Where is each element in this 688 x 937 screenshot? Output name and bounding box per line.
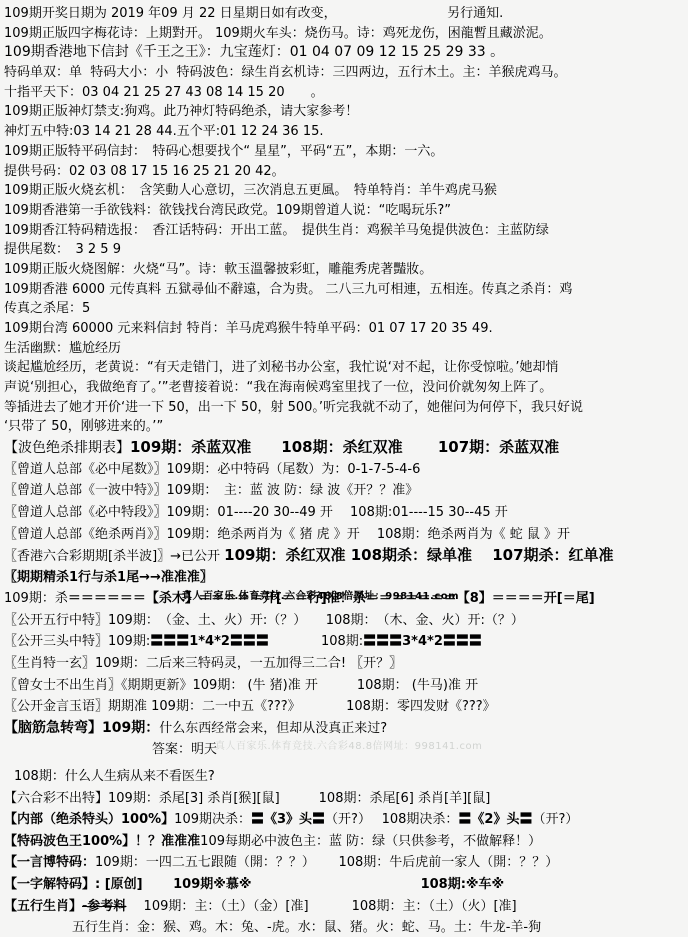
text-line-43: 【一字解特码】: [原创] 109期※慕※ 108期:※车※	[4, 874, 686, 896]
text-segment: 109期香港地下信封《千王之王》：九宝莲灯：01 04 07 09 12 15 …	[4, 44, 504, 60]
text-segment: 109期正版火烧图解：火烧“马”。诗：軟玉溫馨披彩虹，雕龍秀虎著豔妝。	[4, 262, 432, 277]
text-segment: 【特码波色王100%】！？准准准	[4, 834, 200, 849]
text-line-6: 109期正版神灯禁支:狗鸡。此乃神灯特码绝杀，请大家参考！	[4, 102, 686, 122]
text-segment: 109期：杀	[4, 591, 68, 606]
text-segment: ‘只带了 50，刚够进来的。’”	[4, 419, 163, 434]
text-segment: 〖曾道人总部《一波中特》〗109期： 主：蓝 波 防：绿 波《开？？准》	[4, 483, 418, 498]
text-line-32: 〖公开三头中特〗109期:〓〓〓1*4*2〓〓〓 108期:〓〓〓3*4*2〓〓…	[4, 631, 686, 653]
text-line-17: 109期台湾 60000 元来料信封 特肖：羊马虎鸡猴牛特单平码：01 07 1…	[4, 319, 686, 339]
text-line-10: 109期正版火烧玄机： 含笑動人心意切，三次消息五更風。 特单特肖：羊牛鸡虎马猴	[4, 181, 686, 201]
text-line-9: 提供号码：02 03 08 17 15 16 25 21 20 42。	[4, 162, 686, 182]
text-segment: 【五行生肖】	[4, 899, 82, 914]
watermark: 真人百家乐.体育竞技.六合彩48.8倍网址：998141.com	[182, 587, 459, 602]
text-line-28: 〖香港六合彩期期[杀半波]〗→已公开 109期：杀红双准 108期杀：绿单准 1…	[4, 545, 686, 567]
text-segment: 〖香港六合彩期期[杀半波]〗→已公开	[4, 549, 224, 564]
text-segment: 声说‘别担心，我做绝育了。’”老曹接着说：“我在海南候鸡室里找了一位，没问价就匆…	[4, 380, 552, 395]
text-segment: 109期：主：（土）（金）[准] 108期：主：（土）（火）[准]	[126, 899, 516, 914]
text-segment: 生活幽默：尴尬经历	[4, 341, 121, 356]
text-segment: 〓《2》头〓	[458, 812, 532, 827]
text-segment: 108期：什么人生病从来不看医生?	[14, 769, 215, 784]
text-segment: 〖曾道人总部《必中尾数》〗109期：必中特码（尾数）为：0-1-7-5-4-6	[4, 462, 420, 477]
text-segment	[252, 877, 421, 892]
text-line-40: 【内部（绝杀特头）100%】109期决杀：〓《3》头〓（开?） 108期决杀：〓…	[4, 809, 686, 831]
text-segment: （开?） 108期决杀：	[325, 812, 458, 827]
text-line-34: 〖曾女士不出生肖〗《期期更新》109期： (牛 猪)准 开 108期： (牛马)…	[4, 675, 686, 697]
text-segment: 109期正版特平码信封： 特码心想要找个“ 星星”，平码“五”，本期：一六。	[4, 144, 443, 159]
text-line-21: 等插进去了她才开价‘进一下 50，出一下 50，射 500。’听完我就不动了，她…	[4, 398, 686, 418]
text-line-29: 〖期期精杀1行与杀1尾→→准准准〗	[4, 567, 686, 589]
text-segment: 〓〓〓3*4*2〓〓〓	[363, 634, 482, 649]
text-segment: 提供尾数： 3 2 5 9	[4, 242, 121, 257]
text-line-14: 109期正版火烧图解：火烧“马”。诗：軟玉溫馨披彩虹，雕龍秀虎著豔妝。	[4, 260, 686, 280]
text-segment: 109期决杀：	[174, 812, 251, 827]
text-segment: 109期香港第一手欲钱料：欲钱找台湾民政党。109期曾道人说：“吃喝玩乐?”	[4, 203, 451, 218]
text-segment: 等插进去了她才开价‘进一下 50，出一下 50，射 500。’听完我就不动了，她…	[4, 400, 583, 415]
text-segment: 【波色绝杀排期表】	[4, 440, 130, 456]
text-segment: 神灯五中特:03 14 21 28 44.五个平:01 12 24 36 15.	[4, 124, 324, 139]
text-segment: 谈起尴尬经历，老黄说：“有天走错门，进了刘秘书办公室，我忙说‘对不起，让你受惊啦…	[4, 360, 559, 375]
text-segment: 〖曾道人总部《必中特段》〗109期：01----20 30--49 开 108期…	[4, 505, 508, 520]
lottery-tips-page: 109期开奖日期为 2019 年09 月 22 日星期日如有改变， 另行通知.1…	[4, 4, 686, 937]
text-segment: 答案：明天	[152, 742, 217, 757]
text-segment: 【内部（绝杀特头）100%】	[4, 812, 174, 827]
text-line-7: 神灯五中特:03 14 21 28 44.五个平:01 12 24 36 15.	[4, 122, 686, 142]
text-segment: 【一言博特码：	[4, 855, 95, 870]
text-segment: （开?）	[532, 812, 578, 827]
text-line-8: 109期正版特平码信封： 特码心想要找个“ 星星”，平码“五”，本期：一六。	[4, 142, 686, 162]
text-line-2: 109期正版四字梅花诗：上期對开。 109期火车头：烧伤马。诗：鸡死龙伤，困龍暫…	[4, 24, 686, 44]
text-segment: 十指平天下：03 04 21 25 27 43 08 14 15 20 。	[4, 85, 324, 100]
text-line-11: 109期香港第一手欲钱料：欲钱找台湾民政党。109期曾道人说：“吃喝玩乐?”	[4, 201, 686, 221]
text-segment: 【六合彩不出特】109期：杀尾[3] 杀肖[猴][鼠] 108期：杀尾[6] 杀…	[4, 791, 490, 806]
text-segment: 108期:※车※	[421, 877, 505, 892]
text-line-39: 【六合彩不出特】109期：杀尾[3] 杀肖[猴][鼠] 108期：杀尾[6] 杀…	[4, 788, 686, 810]
text-segment: 108期:	[269, 634, 363, 649]
text-line-38: 108期：什么人生病从来不看医生?	[4, 766, 686, 788]
text-line-44: 【五行生肖】-参考料 109期：主：（土）（金）[准] 108期：主：（土）（火…	[4, 896, 686, 918]
text-line-45: 五行生肖：金：猴、鸡。木：兔、-虎。水：鼠、猪。火：蛇、马。土：牛龙-羊-狗	[4, 917, 686, 937]
text-segment: 什么东西经常会来，但却从没真正来过?	[159, 721, 387, 736]
text-segment: 〓〓〓1*4*2〓〓〓	[150, 634, 269, 649]
text-segment: 109期正版神灯禁支:狗鸡。此乃神灯特码绝杀，请大家参考！	[4, 104, 358, 119]
text-segment: -参考料	[82, 899, 126, 914]
text-line-27: 〖曾道人总部《绝杀两肖》〗109期：绝杀两肖为《 猪 虎 》开 108期：绝杀两…	[4, 524, 686, 546]
text-line-4: 特码单双：单 特码大小：小 特码波色：绿生肖玄机诗：三四两边，五行木土。主：羊猴…	[4, 63, 686, 83]
text-line-35: 〖公开金言玉语〗期期准 109期：二一中五《???》 108期：零四发财《???…	[4, 696, 686, 718]
text-segment: 〓《3》头〓	[251, 812, 325, 827]
text-segment: 109期香江特码精选报： 香江话特码：开出工蓝。 提供生肖：鸡猴羊马兔提供波色：…	[4, 223, 549, 238]
text-line-24: 〖曾道人总部《必中尾数》〗109期：必中特码（尾数）为：0-1-7-5-4-6	[4, 459, 686, 481]
text-segment: 109期香港 6000 元传真料 五獄尋仙不辭遠，合为贵。 二八三九可相連，五相…	[4, 282, 572, 297]
text-line-12: 109期香江特码精选报： 香江话特码：开出工蓝。 提供生肖：鸡猴羊马兔提供波色：…	[4, 221, 686, 241]
text-line-26: 〖曾道人总部《必中特段》〗109期：01----20 30--49 开 108期…	[4, 502, 686, 524]
text-line-16: 传真之杀尾：5	[4, 299, 686, 319]
text-segment: 【脑筋急转弯】109期：	[4, 720, 159, 736]
text-segment: 五行生肖：金：猴、鸡。木：兔、-虎。水：鼠、猪。火：蛇、马。土：牛龙-羊-狗	[72, 920, 541, 935]
text-segment: 109期正版火烧玄机： 含笑動人心意切，三次消息五更風。 特单特肖：羊牛鸡虎马猴	[4, 183, 497, 198]
text-segment: 109期：一四二五七跟随（開：？？） 108期：牛后虎前一家人（開：？？）	[95, 855, 558, 870]
text-line-5: 十指平天下：03 04 21 25 27 43 08 14 15 20 。	[4, 83, 686, 103]
text-segment: 109期正版四字梅花诗：上期對开。 109期火车头：烧伤马。诗：鸡死龙伤，困龍暫…	[4, 26, 552, 41]
text-line-13: 提供尾数： 3 2 5 9	[4, 240, 686, 260]
text-segment: 〖公开三头中特〗109期:	[4, 634, 150, 649]
text-line-15: 109期香港 6000 元传真料 五獄尋仙不辭遠，合为贵。 二八三九可相連，五相…	[4, 280, 686, 300]
text-line-19: 谈起尴尬经历，老黄说：“有天走错门，进了刘秘书办公室，我忙说‘对不起，让你受惊啦…	[4, 358, 686, 378]
text-line-42: 【一言博特码：109期：一四二五七跟随（開：？？） 108期：牛后虎前一家人（開…	[4, 852, 686, 874]
text-segment: 〖曾道人总部《绝杀两肖》〗109期：绝杀两肖为《 猪 虎 》开 108期：绝杀两…	[4, 527, 570, 542]
text-line-23: 【波色绝杀排期表】109期：杀蓝双准 108期：杀红双准 107期：杀蓝双准	[4, 437, 686, 459]
text-segment: 109期开奖日期为 2019 年09 月 22 日星期日如有改变， 另行通知.	[4, 6, 503, 21]
text-segment: 〖公开五行中特〗109期： （金、土、火）开:（？） 108期： （木、金、火）…	[4, 613, 524, 628]
text-segment: 提供号码：02 03 08 17 15 16 25 21 20 42。	[4, 164, 285, 179]
text-segment: 传真之杀尾：5	[4, 301, 90, 316]
text-line-31: 〖公开五行中特〗109期： （金、土、火）开:（？） 108期： （木、金、火）…	[4, 610, 686, 632]
text-line-1: 109期开奖日期为 2019 年09 月 22 日星期日如有改变， 另行通知.	[4, 4, 686, 24]
watermark-ghost: 真人百家乐.体育竞技.六合彩48.8倍网址：998141.com	[215, 737, 482, 752]
text-line-18: 生活幽默：尴尬经历	[4, 339, 686, 359]
text-segment: 【一字解特码】: [原创] 109期※慕※	[4, 877, 252, 892]
text-line-25: 〖曾道人总部《一波中特》〗109期： 主：蓝 波 防：绿 波《开？？准》	[4, 480, 686, 502]
text-segment: 〖期期精杀1行与杀1尾→→准准准〗	[4, 570, 213, 585]
text-segment: 109期：杀红双准 108期杀：绿单准 107期杀：红单准	[224, 546, 613, 564]
text-segment: 〖曾女士不出生肖〗《期期更新》109期： (牛 猪)准 开 108期： (牛马)…	[4, 678, 478, 693]
text-segment: 〖生肖特一玄〗109期：二后来三特码灵，一五加得三二合! 〖开？〗	[4, 656, 402, 671]
text-line-3: 109期香港地下信封《千王之王》：九宝莲灯：01 04 07 09 12 15 …	[4, 43, 686, 63]
text-line-20: 声说‘别担心，我做绝育了。’”老曹接着说：“我在海南候鸡室里找了一位，没问价就匆…	[4, 378, 686, 398]
text-segment: 〖公开金言玉语〗期期准 109期：二一中五《???》 108期：零四发财《???…	[4, 699, 496, 714]
text-line-33: 〖生肖特一玄〗109期：二后来三特码灵，一五加得三二合! 〖开？〗	[4, 653, 686, 675]
text-line-41: 【特码波色王100%】！？准准准109每期必中波色主：蓝 防：绿（只供参考，不做…	[4, 831, 686, 853]
text-segment: 特码单双：单 特码大小：小 特码波色：绿生肖玄机诗：三四两边，五行木土。主：羊猴…	[4, 65, 567, 80]
text-segment: 109期台湾 60000 元来料信封 特肖：羊马虎鸡猴牛特单平码：01 07 1…	[4, 321, 493, 336]
text-line-22: ‘只带了 50，刚够进来的。’”	[4, 417, 686, 437]
text-segment: 109期：杀蓝双准 108期：杀红双准 107期：杀蓝双准	[130, 438, 559, 456]
text-segment: 109每期必中波色主：蓝 防：绿（只供参考，不做解释！）	[200, 834, 541, 849]
